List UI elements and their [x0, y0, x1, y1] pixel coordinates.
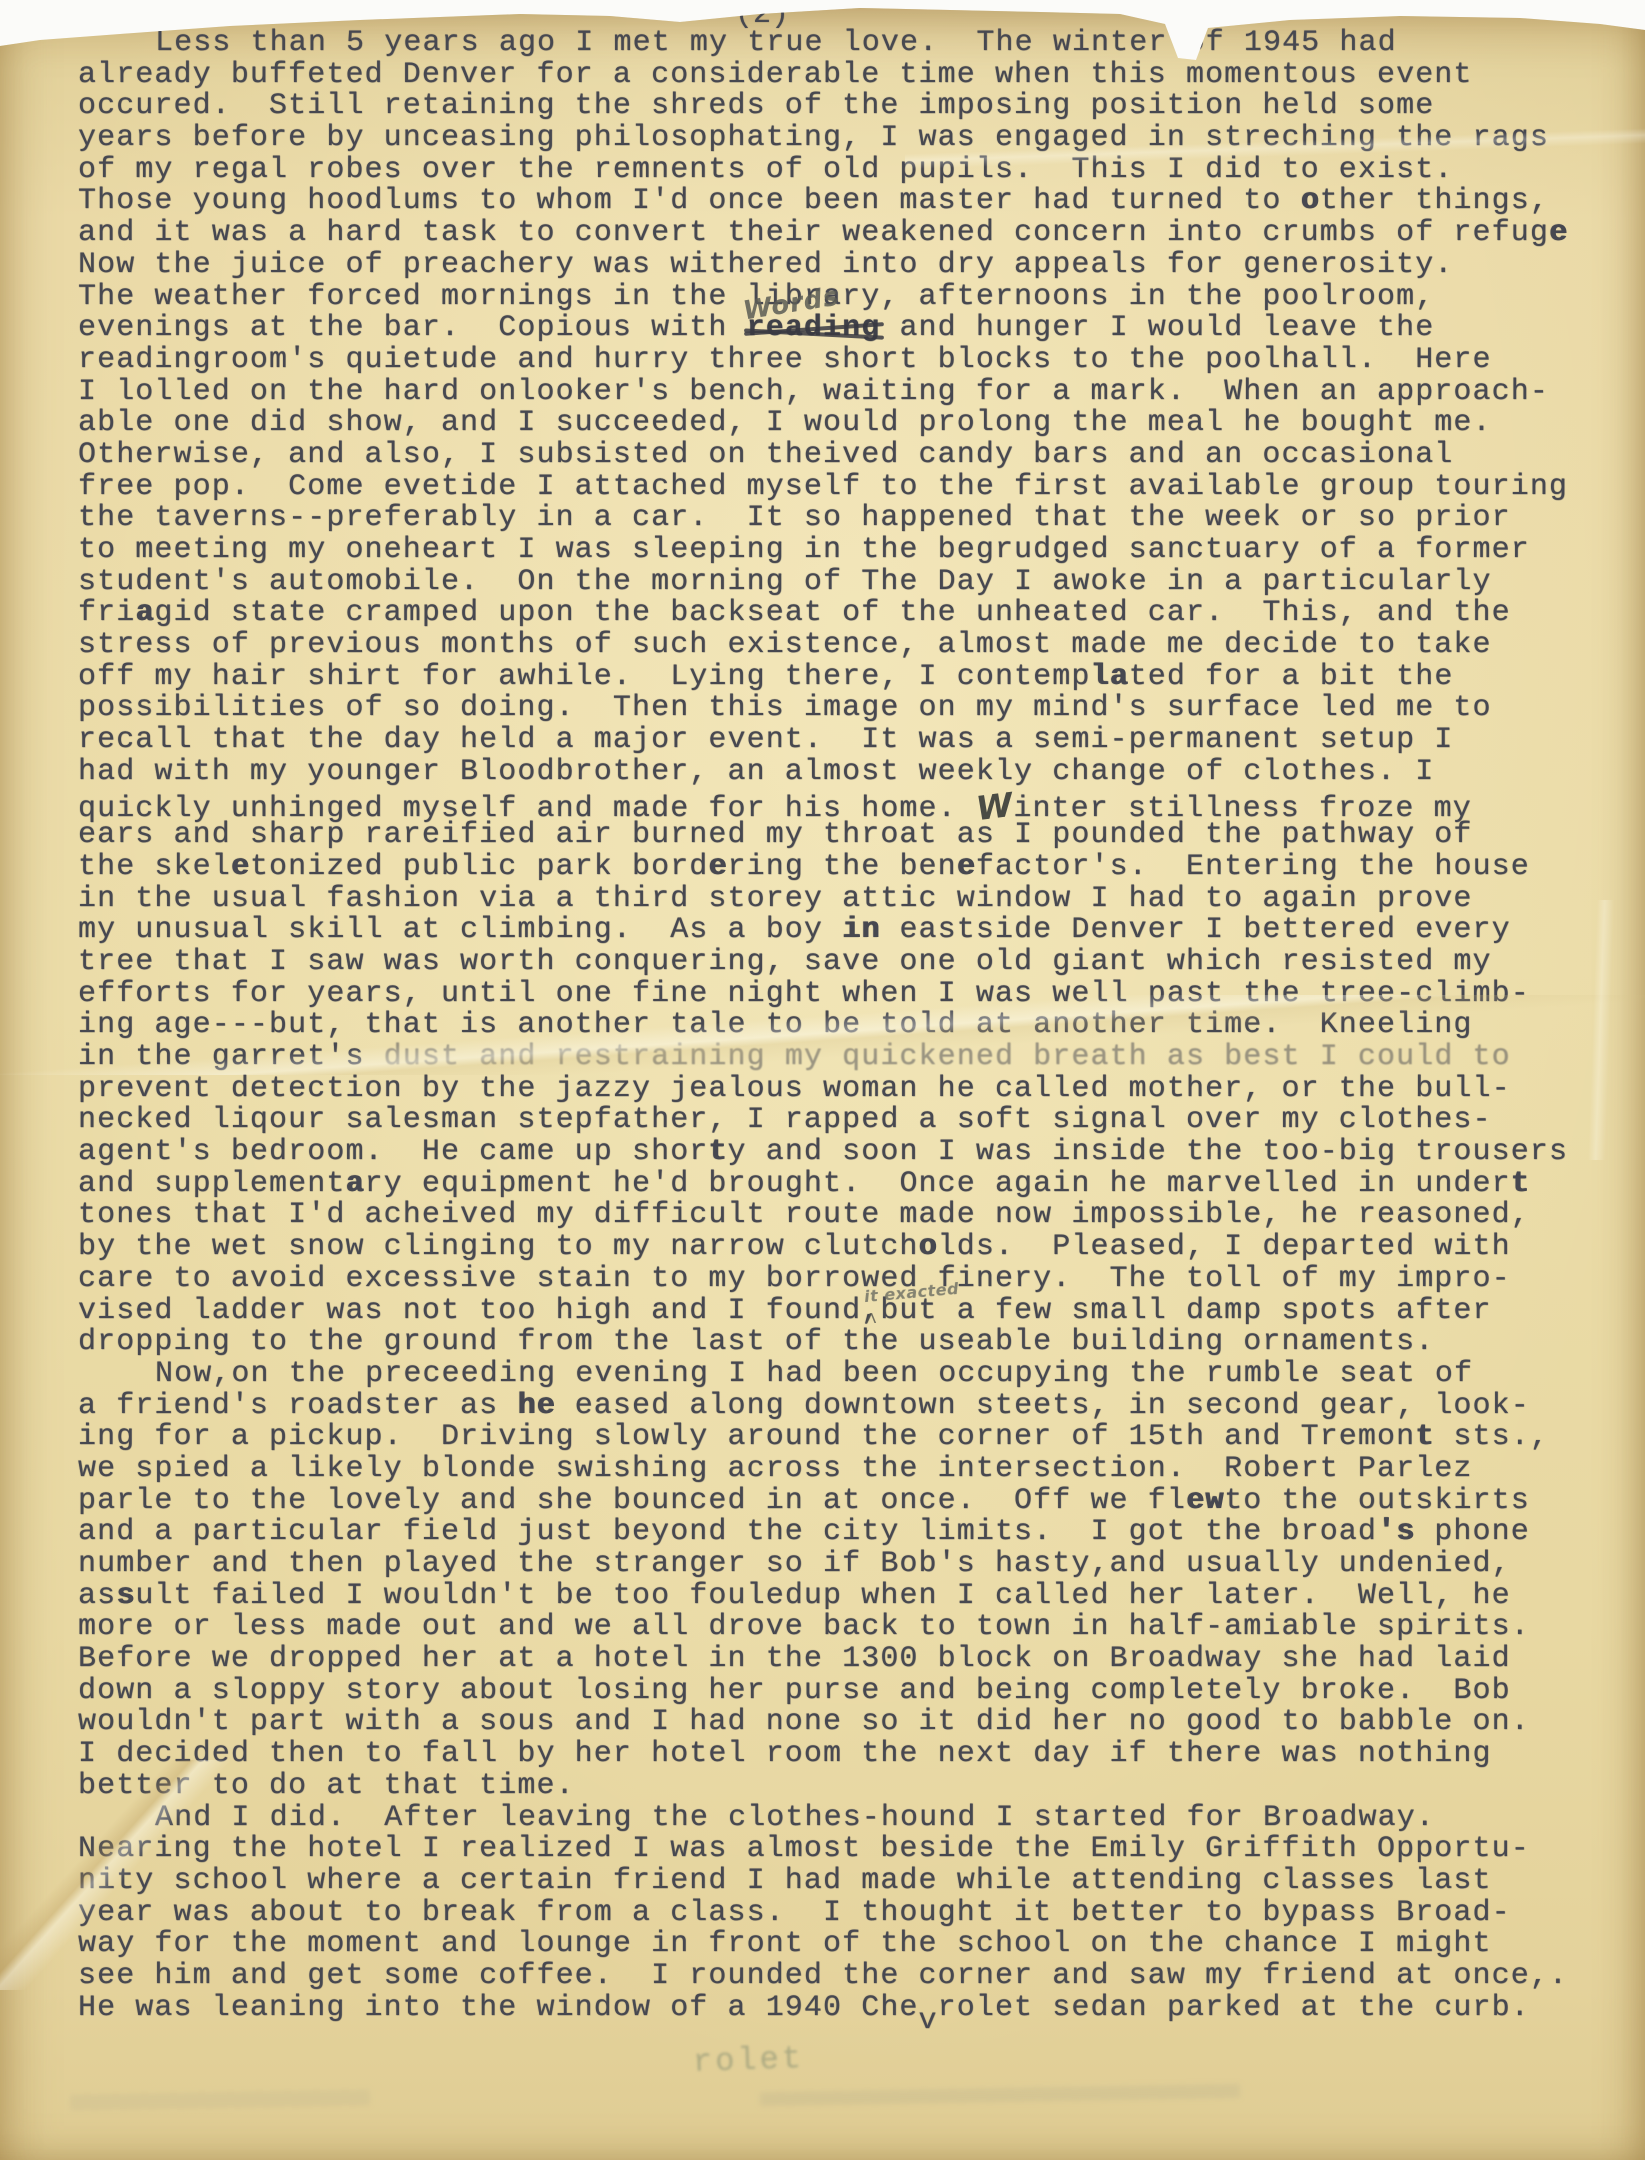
- typed-line: and supplementary equipment he'd brought…: [78, 1169, 1618, 1201]
- typed-line: year was about to break from a class. I …: [78, 1898, 1618, 1930]
- typed-segment: ted for a bit the: [1129, 660, 1454, 694]
- typed-line: I lolled on the hard onlooker's bench, w…: [78, 377, 1618, 409]
- typed-line: in the usual fashion via a third storey …: [78, 884, 1618, 916]
- typed-segment: I decided then to fall by her hotel room…: [78, 1737, 1492, 1771]
- typed-segment: o: [1301, 184, 1320, 218]
- typed-segment: the skel: [78, 850, 231, 884]
- typed-segment: the taverns--preferably in a car. It so …: [78, 501, 1511, 535]
- typed-segment: fri: [78, 596, 135, 630]
- typed-segment: a: [135, 596, 154, 630]
- typed-segment: way for the moment and lounge in front o…: [78, 1927, 1492, 1961]
- typed-line: possibilities of so doing. Then this ima…: [78, 693, 1618, 725]
- typed-line: stress of previous months of such existe…: [78, 630, 1618, 662]
- typed-line: off my hair shirt for awhile. Lying ther…: [78, 662, 1618, 694]
- typed-line: by the wet snow clinging to my narrow cl…: [78, 1232, 1618, 1264]
- typed-line: ears and sharp rareified air burned my t…: [78, 820, 1618, 852]
- typed-segment: v: [919, 2006, 938, 2038]
- typed-segment: of my regal robes over the remnents of o…: [78, 153, 1453, 187]
- typed-segment: my unusual skill at climbing. As a boy: [78, 913, 842, 947]
- typed-line: readingroom's quietude and hurry three s…: [78, 345, 1618, 377]
- typed-segment: parle to the lovely and she bounced in a…: [78, 1484, 1186, 1518]
- typed-segment: necked liqour salesman stepfather, I rap…: [78, 1103, 1492, 1137]
- typed-segment: o: [919, 1230, 938, 1264]
- typed-line: parle to the lovely and she bounced in a…: [78, 1486, 1618, 1518]
- typed-segment: ew: [1186, 1484, 1224, 1518]
- typed-segment: possibilities of so doing. Then this ima…: [78, 691, 1492, 725]
- typed-line: Less than 5 years ago I met my true love…: [78, 28, 1618, 60]
- typed-line: friagid state cramped upon the backseat …: [78, 598, 1618, 630]
- smudge: [760, 2084, 1240, 2106]
- typed-segment: eased along downtown steets, in second g…: [556, 1389, 1530, 1423]
- typed-segment: efforts for years, until one fine night …: [78, 977, 1530, 1011]
- typed-line: see him and get some coffee. I rounded t…: [78, 1961, 1618, 1993]
- typed-line: Before we dropped her at a hotel in the …: [78, 1644, 1618, 1676]
- typed-segment: years before by unceasing philosophating…: [78, 121, 1549, 155]
- typed-line: already buffeted Denver for a considerab…: [78, 60, 1618, 92]
- typed-segment: I lolled on the hard onlooker's bench, w…: [78, 375, 1549, 409]
- typed-line: to meeting my oneheart I was sleeping in…: [78, 535, 1618, 567]
- typed-segment: a friend's roadster as: [78, 1389, 517, 1423]
- typed-segment: e: [957, 850, 976, 884]
- typed-segment: occured. Still retaining the shreds of t…: [78, 89, 1434, 123]
- typed-line: vised ladder was not too high and I foun…: [78, 1296, 1618, 1328]
- typed-line: the taverns--preferably in a car. It so …: [78, 503, 1618, 535]
- typed-segment: tonized public park bord: [250, 850, 708, 884]
- typed-line: able one did show, and I succeeded, I wo…: [78, 408, 1618, 440]
- struck-word: readingWords: [747, 313, 881, 345]
- typed-line: care to avoid excessive stain to my borr…: [78, 1264, 1618, 1296]
- typed-segment: factor's. Entering the house: [976, 850, 1530, 884]
- typed-line: more or less made out and we all drove b…: [78, 1612, 1618, 1644]
- typed-line: And I did. After leaving the clothes-hou…: [78, 1803, 1618, 1835]
- typed-line: agent's bedroom. He came up shorty and s…: [78, 1137, 1618, 1169]
- typed-segment: 's: [1377, 1515, 1415, 1549]
- typed-segment: readingroom's quietude and hurry three s…: [78, 343, 1492, 377]
- typed-segment: Now the juice of preachery was withered …: [78, 248, 1453, 282]
- typed-segment: more or less made out and we all drove b…: [78, 1610, 1530, 1644]
- typed-line: a friend's roadster as he eased along do…: [78, 1391, 1618, 1423]
- typed-segment: off my hair shirt for awhile. Lying ther…: [78, 660, 1090, 694]
- typed-line: recall that the day held a major event. …: [78, 725, 1618, 757]
- typed-segment: tones that I'd acheived my difficult rou…: [78, 1198, 1530, 1232]
- smudge: [70, 2089, 370, 2110]
- typed-segment: He was leaning into the window of a 1940…: [78, 1991, 919, 2025]
- typed-segment: phone: [1415, 1515, 1530, 1549]
- typed-line: student's automobile. On the morning of …: [78, 567, 1618, 599]
- typed-segment: ther things,: [1320, 184, 1549, 218]
- typed-segment: vised ladder was not too high and I foun…: [78, 1294, 880, 1328]
- typed-line: tree that I saw was worth conquering, sa…: [78, 947, 1618, 979]
- typed-segment: e: [231, 850, 250, 884]
- typed-segment: a: [345, 1167, 364, 1201]
- typed-line: ing age---but, that is another tale to b…: [78, 1010, 1618, 1042]
- typed-segment: able one did show, and I succeeded, I wo…: [78, 406, 1492, 440]
- typed-line: necked liqour salesman stepfather, I rap…: [78, 1105, 1618, 1137]
- typed-segment: prevent detection by the jazzy jealous w…: [78, 1072, 1511, 1106]
- typed-line: efforts for years, until one fine night …: [78, 979, 1618, 1011]
- typed-segment: tree that I saw was worth conquering, sa…: [78, 945, 1492, 979]
- typed-text: Less than 5 years ago I met my true love…: [78, 28, 1618, 2024]
- typed-segment: t: [1415, 1420, 1434, 1454]
- typed-segment: wouldn't part with a sous and I had none…: [78, 1705, 1530, 1739]
- typed-line: way for the moment and lounge in front o…: [78, 1929, 1618, 1961]
- typed-line: dropping to the ground from the last of …: [78, 1327, 1618, 1359]
- typed-segment: down a sloppy story about losing her pur…: [78, 1674, 1511, 1708]
- typed-segment: we spied a likely blonde swishing across…: [78, 1452, 1473, 1486]
- typed-line: Nearing the hotel I realized I was almos…: [78, 1834, 1618, 1866]
- typed-segment: ring the ben: [728, 850, 957, 884]
- typed-line: tones that I'd acheived my difficult rou…: [78, 1200, 1618, 1232]
- paper-sheet: (2) Less than 5 years ago I met my true …: [0, 0, 1645, 2160]
- typed-segment: better to do at that time.: [78, 1769, 575, 1803]
- typed-segment: Nearing the hotel I realized I was almos…: [78, 1832, 1530, 1866]
- typed-segment: year was about to break from a class. I …: [78, 1896, 1511, 1930]
- typed-segment: as: [78, 1579, 116, 1613]
- typed-line: quickly unhinged myself and made for his…: [78, 789, 1618, 821]
- typed-line: in the garret's dust and restraining my …: [78, 1042, 1618, 1074]
- typed-segment: s: [116, 1579, 135, 1613]
- typed-segment: And I did. After leaving the clothes-hou…: [155, 1801, 1435, 1835]
- caret-mark: ^: [864, 1307, 878, 1339]
- typed-line: and it was a hard task to convert their …: [78, 218, 1618, 250]
- typed-segment: t: [1511, 1167, 1530, 1201]
- typed-segment: ears and sharp rareified air burned my t…: [78, 818, 1473, 852]
- typed-segment: dropping to the ground from the last of …: [78, 1325, 1434, 1359]
- typed-segment: care to avoid excessive stain to my borr…: [78, 1262, 1511, 1296]
- typed-segment: W: [974, 788, 1015, 824]
- typed-segment: number and then played the stranger so i…: [78, 1547, 1511, 1581]
- typed-segment: agent's bedroom. He came up shor: [78, 1135, 708, 1169]
- typed-line: Otherwise, and also, I subsisted on thei…: [78, 440, 1618, 472]
- typed-segment: Those young hoodlums to whom I'd once be…: [78, 184, 1301, 218]
- typed-segment: and hunger I would leave the: [880, 311, 1434, 345]
- typed-segment: ry equipment he'd brought. Once again he…: [365, 1167, 1511, 1201]
- typed-segment: dust and restraining my quickened breath…: [384, 1040, 1511, 1074]
- typed-segment: evenings at the bar. Copious with: [78, 311, 747, 345]
- typed-segment: in the garret's: [78, 1040, 384, 1074]
- typed-segment: ing for a pickup. Driving slowly around …: [78, 1420, 1415, 1454]
- typed-segment: nity school where a certain friend I had…: [78, 1864, 1492, 1898]
- typed-segment: ult failed I wouldn't be too fouledup wh…: [135, 1579, 1510, 1613]
- typed-segment: in: [842, 913, 880, 947]
- typed-segment: sts.,: [1434, 1420, 1549, 1454]
- typed-segment: Otherwise, and also, I subsisted on thei…: [78, 438, 1453, 472]
- typed-line: He was leaning into the window of a 1940…: [78, 1993, 1618, 2025]
- typed-line: Now the juice of preachery was withered …: [78, 250, 1618, 282]
- typed-line: I decided then to fall by her hotel room…: [78, 1739, 1618, 1771]
- typed-line: Those young hoodlums to whom I'd once be…: [78, 186, 1618, 218]
- typed-segment: recall that the day held a major event. …: [78, 723, 1453, 757]
- typed-line: occured. Still retaining the shreds of t…: [78, 91, 1618, 123]
- typed-line: down a sloppy story about losing her pur…: [78, 1676, 1618, 1708]
- typed-segment: and supplement: [78, 1167, 345, 1201]
- typed-line: number and then played the stranger so i…: [78, 1549, 1618, 1581]
- typed-line: of my regal robes over the remnents of o…: [78, 155, 1618, 187]
- typed-segment: free pop. Come evetide I attached myself…: [78, 470, 1568, 504]
- typed-segment: and a particular field just beyond the c…: [78, 1515, 1377, 1549]
- typed-segment: a few small damp spots after: [938, 1294, 1492, 1328]
- typed-segment: already buffeted Denver for a considerab…: [78, 58, 1473, 92]
- typed-segment: Less than 5 years ago I met my true love…: [155, 26, 1397, 60]
- ghost-text: rolet: [692, 2040, 804, 2081]
- typed-segment: see him and get some coffee. I rounded t…: [78, 1959, 1568, 1993]
- typed-segment: la: [1090, 660, 1128, 694]
- typed-segment: Now,on the preceeding evening I had been…: [155, 1357, 1473, 1391]
- typed-segment: rolet sedan parked at the curb.: [938, 1991, 1530, 2025]
- typed-segment: butit exacted^: [880, 1294, 937, 1328]
- typed-line: the skeletonized public park bordering t…: [78, 852, 1618, 884]
- typed-line: and a particular field just beyond the c…: [78, 1517, 1618, 1549]
- typed-line: my unusual skill at climbing. As a boy i…: [78, 915, 1618, 947]
- typed-segment: ing age---but, that is another tale to b…: [78, 1008, 1473, 1042]
- typed-line: years before by unceasing philosophating…: [78, 123, 1618, 155]
- typed-segment: e: [1549, 216, 1568, 250]
- typed-line: Now,on the preceeding evening I had been…: [78, 1359, 1618, 1391]
- typed-segment: in the usual fashion via a third storey …: [78, 882, 1473, 916]
- typed-line: we spied a likely blonde swishing across…: [78, 1454, 1618, 1486]
- typed-line: ing for a pickup. Driving slowly around …: [78, 1422, 1618, 1454]
- typed-segment: gid state cramped upon the backseat of t…: [154, 596, 1510, 630]
- typed-line: better to do at that time.: [78, 1771, 1618, 1803]
- typed-segment: lds. Pleased, I departed with: [938, 1230, 1511, 1264]
- typed-segment: y and soon I was inside the too-big trou…: [728, 1135, 1569, 1169]
- typed-line: prevent detection by the jazzy jealous w…: [78, 1074, 1618, 1106]
- typed-segment: Before we dropped her at a hotel in the …: [78, 1642, 1511, 1676]
- typed-line: had with my younger Bloodbrother, an alm…: [78, 757, 1618, 789]
- typed-line: nity school where a certain friend I had…: [78, 1866, 1618, 1898]
- typed-line: assult failed I wouldn't be too fouledup…: [78, 1581, 1618, 1613]
- typed-segment: to the outskirts: [1224, 1484, 1530, 1518]
- typed-line: The weather forced mornings in the libra…: [78, 282, 1618, 314]
- typed-line: evenings at the bar. Copious with readin…: [78, 313, 1618, 345]
- typed-segment: e: [708, 850, 727, 884]
- typed-segment: t: [708, 1135, 727, 1169]
- typed-line: wouldn't part with a sous and I had none…: [78, 1707, 1618, 1739]
- typed-segment: stress of previous months of such existe…: [78, 628, 1492, 662]
- typed-line: free pop. Come evetide I attached myself…: [78, 472, 1618, 504]
- typed-segment: had with my younger Bloodbrother, an alm…: [78, 755, 1434, 789]
- typed-segment: to meeting my oneheart I was sleeping in…: [78, 533, 1530, 567]
- typed-segment: by the wet snow clinging to my narrow cl…: [78, 1230, 919, 1264]
- typed-segment: and it was a hard task to convert their …: [78, 216, 1549, 250]
- typed-segment: he: [517, 1389, 555, 1423]
- typed-segment: eastside Denver I bettered every: [880, 913, 1510, 947]
- typed-segment: student's automobile. On the morning of …: [78, 565, 1492, 599]
